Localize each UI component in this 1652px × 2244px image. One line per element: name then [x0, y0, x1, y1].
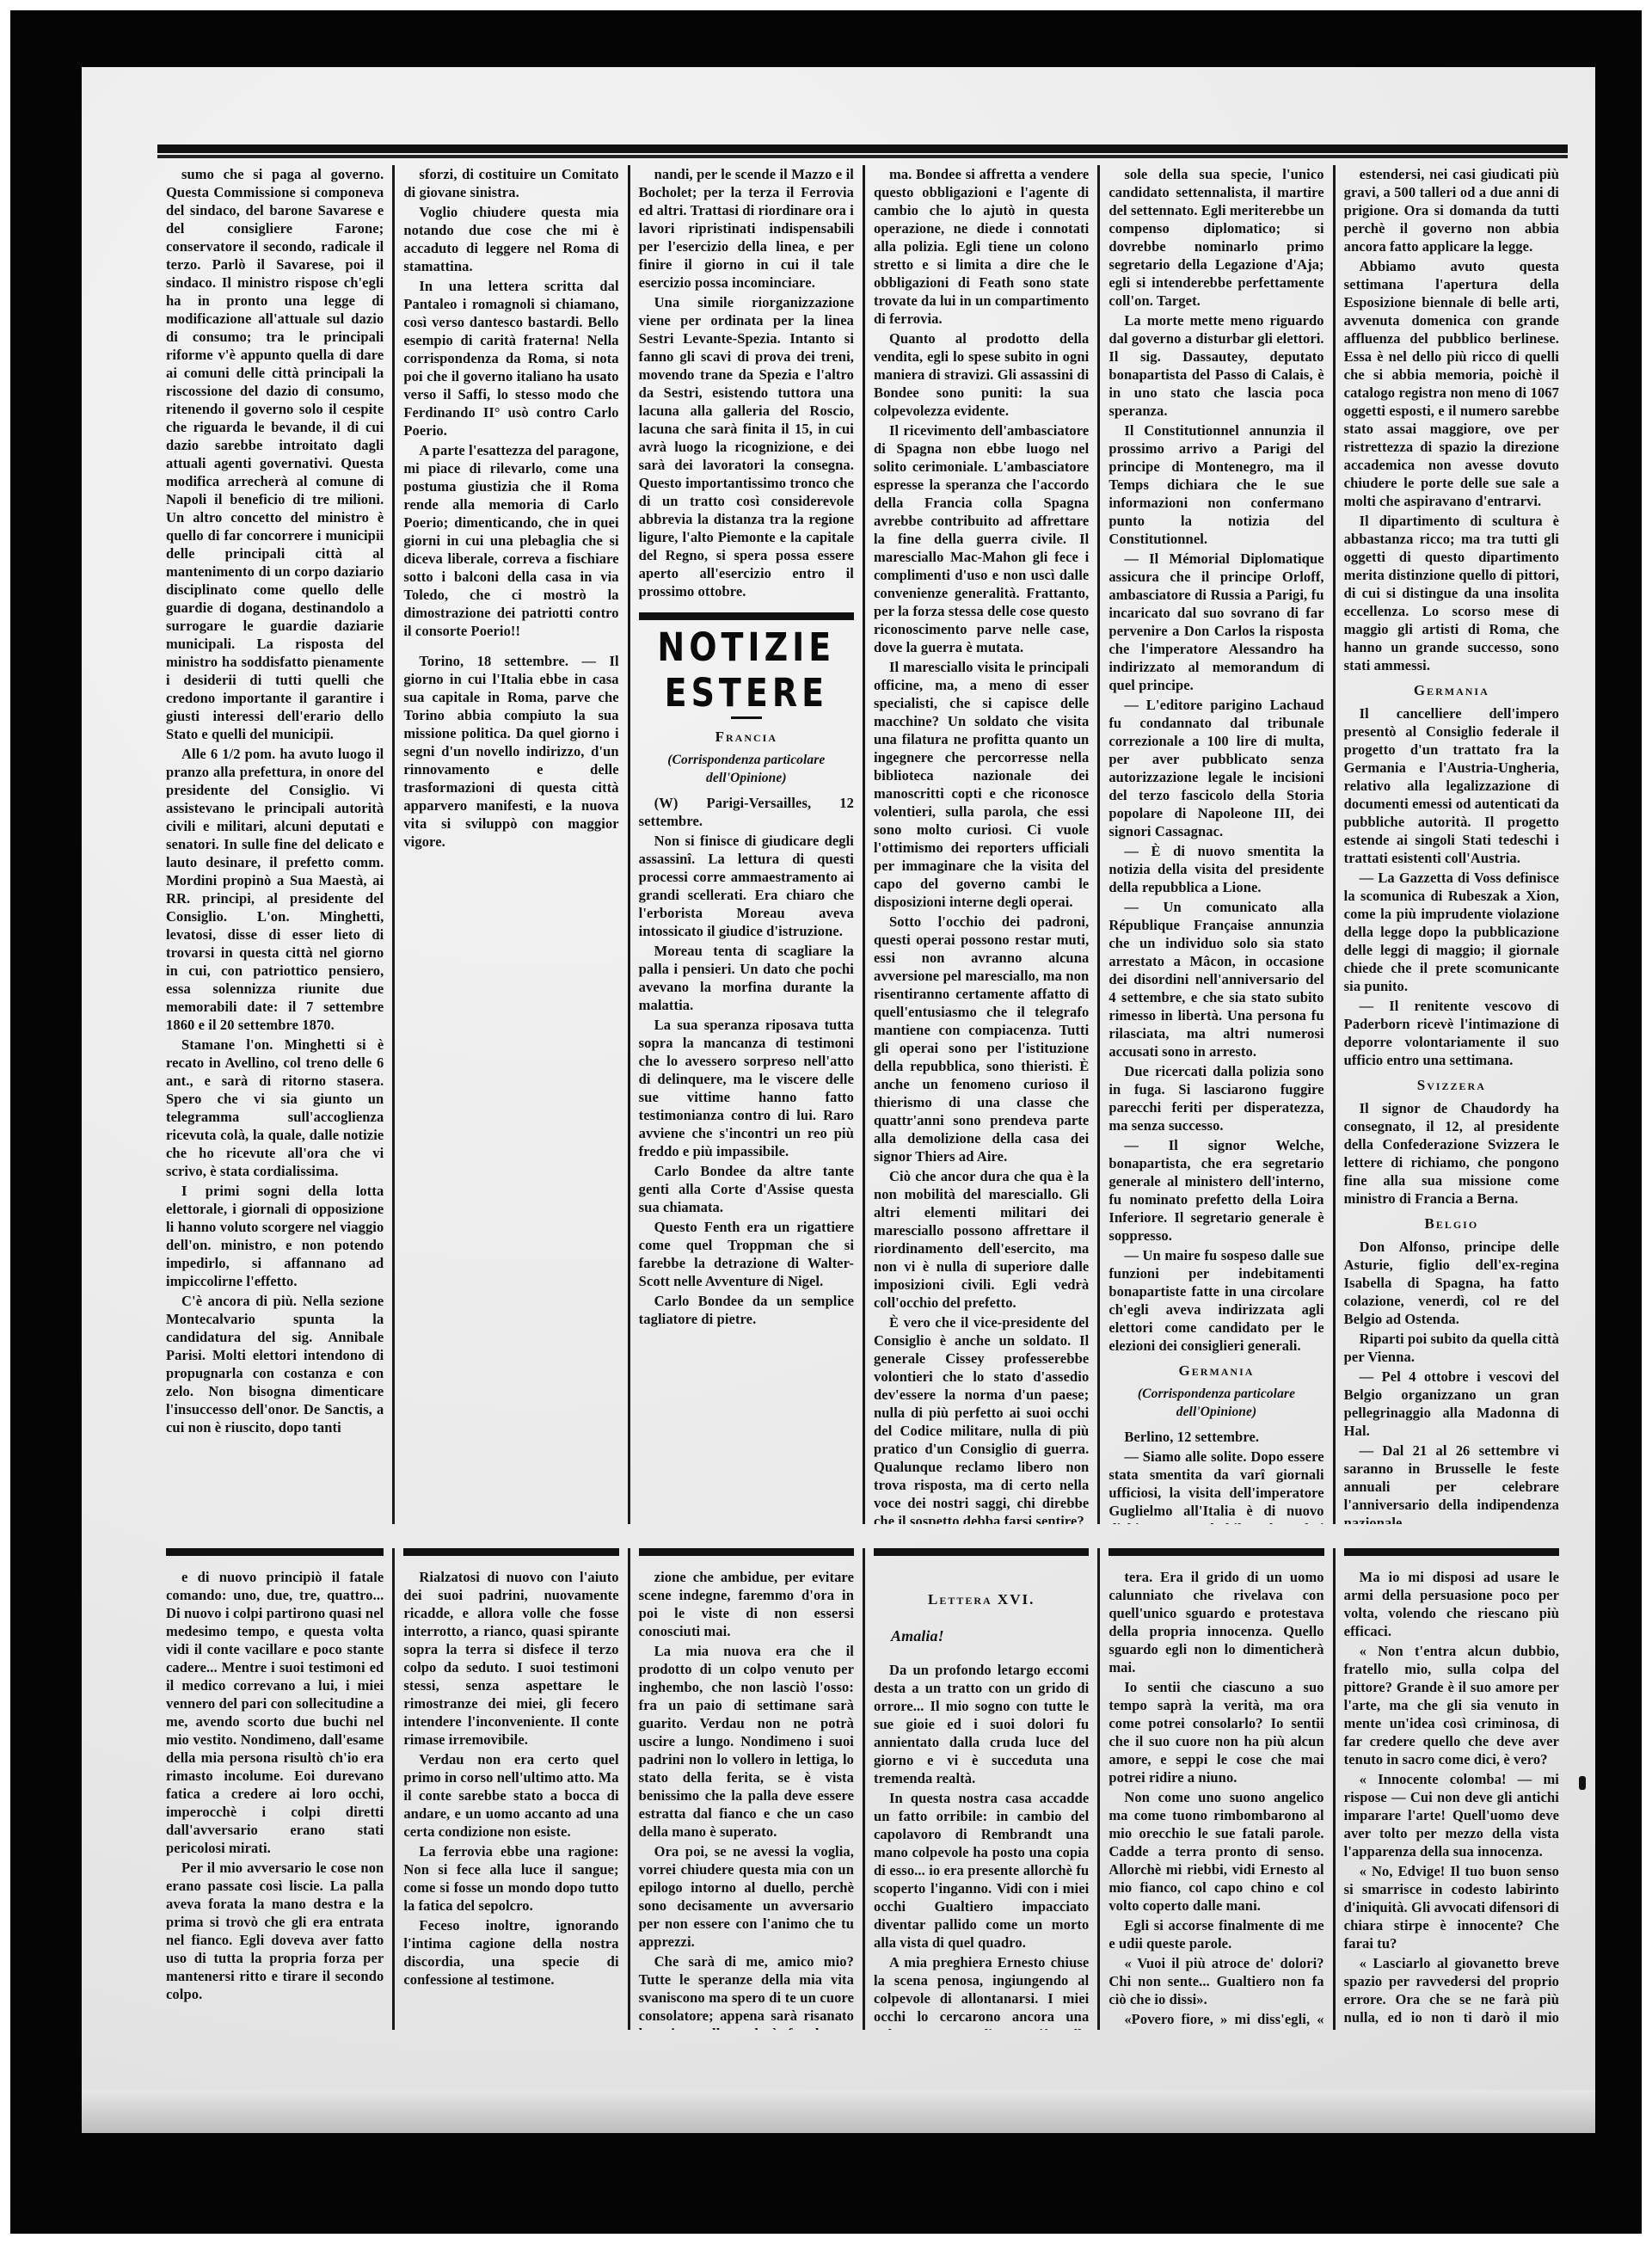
heading-germania: Germania: [1344, 681, 1559, 699]
feuilleton-column-4: Lettera XVI. Amalia! Da un profondo leta…: [863, 1548, 1097, 2030]
scan-edge-mark: [1579, 1776, 1586, 1790]
paragraph: — Un maire fu sospeso dalle sue funzioni…: [1108, 1246, 1323, 1355]
paragraph: Una simile riorganizzazione viene per or…: [639, 293, 854, 600]
feuilleton-section: e di nuovo principiò il fatale comando: …: [157, 1548, 1568, 2030]
column-5-text: sole della sua specie, l'unico candidato…: [1108, 165, 1323, 1355]
feuilleton-text-5: tera. Era il grido di un uomo calunniato…: [1108, 1568, 1323, 2030]
paragraph: «Povero fiore, » mi diss'egli, « grande …: [1108, 2010, 1323, 2030]
paragraph: Abbiamo avuto questa settimana l'apertur…: [1344, 257, 1559, 510]
paragraph: sole della sua specie, l'unico candidato…: [1108, 165, 1323, 310]
paragraph: Verdau non era certo quel primo in corso…: [403, 1750, 618, 1841]
letter-heading: Lettera XVI.: [874, 1590, 1089, 1608]
paragraph: Il ricevimento dell'ambasciatore di Spag…: [874, 421, 1089, 656]
paragraph: Don Alfonso, principe delle Asturie, fig…: [1344, 1238, 1559, 1328]
paragraph: — Dal 21 al 26 settembre vi saranno in B…: [1344, 1442, 1559, 1524]
paragraph: È vero che il vice-presidente del Consig…: [874, 1313, 1089, 1524]
paragraph: C'è ancora di più. Nella sezione Monteca…: [166, 1292, 384, 1436]
news-section: sumo che si paga al governo. Questa Comm…: [157, 165, 1568, 1524]
feuilleton-text-3: zione che ambidue, per evitare scene ind…: [639, 1568, 854, 2030]
column-2: sforzi, di costituire un Comitato di gio…: [392, 165, 627, 1524]
column-4-text-continued: Il ricevimento dell'ambasciatore di Spag…: [874, 421, 1089, 1524]
column-3-text: nandi, per le scende il Mazzo e il Bocho…: [639, 165, 854, 600]
paragraph: — Il signor Welche, bonapartista, che er…: [1108, 1136, 1323, 1245]
paragraph: « No, Edvige! Il tuo buon senso si smarr…: [1344, 1862, 1559, 1952]
heading-germania-correspondence: Germania: [1108, 1362, 1323, 1380]
paragraph: zione che ambidue, per evitare scene ind…: [639, 1568, 854, 1640]
column-5: sole della sua specie, l'unico candidato…: [1097, 165, 1332, 1524]
paragraph: Ma io mi disposi ad usare le armi della …: [1344, 1568, 1559, 1640]
paragraph: Ora poi, se ne avessi la voglia, vorrei …: [639, 1842, 854, 1951]
paragraph: A parte l'esattezza del paragone, mi pia…: [403, 441, 618, 640]
paragraph: Riparti poi subito da quella città per V…: [1344, 1330, 1559, 1366]
column-1: sumo che si paga al governo. Questa Comm…: [157, 165, 392, 1524]
paragraph: — Un comunicato alla République Français…: [1108, 898, 1323, 1061]
title-dash: [731, 716, 762, 719]
paragraph: La morte mette meno riguardo dal governo…: [1108, 311, 1323, 420]
feuilleton-column-6: Ma io mi disposi ad usare le armi della …: [1333, 1548, 1568, 2030]
heading-francia: Francia: [639, 728, 854, 746]
heading-belgio: Belgio: [1344, 1214, 1559, 1233]
paragraph: Carlo Bondee da un semplice tagliatore d…: [639, 1292, 854, 1328]
column-2-text: sforzi, di costituire un Comitato di gio…: [403, 165, 618, 640]
belgio-news: Don Alfonso, principe delle Asturie, fig…: [1344, 1238, 1559, 1524]
paragraph: Per il mio avversario le cose non erano …: [166, 1859, 384, 2003]
paragraph: Sotto l'occhio dei padroni, questi opera…: [874, 913, 1089, 1165]
paragraph: sumo che si paga al governo. Questa Comm…: [166, 165, 384, 743]
heading-svizzera: Svizzera: [1344, 1076, 1559, 1094]
paragraph: La mia nuova era che il prodotto di un c…: [639, 1642, 854, 1841]
letter-salutation: Amalia!: [891, 1627, 1089, 1645]
paragraph: Due ricercati dalla polizia sono in fuga…: [1108, 1062, 1323, 1134]
paragraph: — È di nuovo smentita la notizia della v…: [1108, 842, 1323, 896]
paragraph: La sua speranza riposava tutta sopra la …: [639, 1016, 854, 1160]
paragraph: tera. Era il grido di un uomo calunniato…: [1108, 1568, 1323, 1676]
feuilleton-column-3: zione che ambidue, per evitare scene ind…: [628, 1548, 863, 2030]
feuilleton-text-2: Rialzatosi di nuovo con l'aiuto dei suoi…: [403, 1568, 618, 1989]
feuilleton-rule: [1108, 1548, 1323, 1556]
paragraph: e di nuovo principiò il fatale comando: …: [166, 1568, 384, 1857]
paragraph: A mia preghiera Ernesto chiuse la scena …: [874, 1953, 1089, 2030]
feuilleton-text-1: e di nuovo principiò il fatale comando: …: [166, 1568, 384, 2003]
column-6: estendersi, nei casi giudicati più gravi…: [1333, 165, 1568, 1524]
berlino-dateline-paragraph: Berlino, 12 settembre.: [1108, 1428, 1323, 1446]
paragraph: Feceso inoltre, ignorando l'intima cagio…: [403, 1916, 618, 1989]
svizzera-news: Il signor de Chaudordy ha consegnato, il…: [1344, 1099, 1559, 1208]
francia-dateline-paragraph: (W) Parigi-Versailles, 12 settembre.: [639, 794, 854, 830]
paragraph: Rialzatosi di nuovo con l'aiuto dei suoi…: [403, 1568, 618, 1749]
germania-news: Il cancelliere dell'impero presentò al C…: [1344, 704, 1559, 1069]
paragraph: — Il renitente vescovo di Paderborn rice…: [1344, 997, 1559, 1069]
paragraph: — L'editore parigino Lachaud fu condanna…: [1108, 696, 1323, 840]
germania-correspondence-text: — Siamo alle solite. Dopo essere stata s…: [1108, 1448, 1323, 1524]
torino-text: — Il giorno in cui l'Italia ebbe in casa…: [403, 653, 618, 850]
header-rule: [157, 144, 1568, 155]
paragraph: Egli si accorse finalmente di me e udii …: [1108, 1916, 1323, 1952]
paragraph: Alle 6 1/2 pom. ha avuto luogo il pranzo…: [166, 745, 384, 1034]
feuilleton-text-4: Da un profondo letargo eccomi desta a un…: [874, 1661, 1089, 2030]
paragraph: Il cancelliere dell'impero presentò al C…: [1344, 704, 1559, 867]
paragraph: Moreau tenta di scagliare la palla i pen…: [639, 942, 854, 1014]
feuilleton-text-6: Ma io mi disposi ad usare le armi della …: [1344, 1568, 1559, 2030]
feuilleton-rule: [1344, 1548, 1559, 1556]
feuilleton-rule: [166, 1548, 384, 1556]
paragraph: Il signor de Chaudordy ha consegnato, il…: [1344, 1099, 1559, 1208]
feuilleton-rule: [403, 1548, 618, 1556]
paragraph: Carlo Bondee da altre tante genti alla C…: [639, 1162, 854, 1216]
paragraph: I primi sogni della lotta elettorale, i …: [166, 1182, 384, 1290]
paragraph: Io sentii che ciascuno a suo tempo saprà…: [1108, 1678, 1323, 1786]
feuilleton-rule: [874, 1548, 1089, 1556]
paragraph: In una lettera scritta dal Pantaleo i ro…: [403, 277, 618, 440]
section-rule: [639, 612, 854, 620]
feuilleton-column-2: Rialzatosi di nuovo con l'aiuto dei suoi…: [392, 1548, 627, 2030]
francia-text: Non si finisce di giudicare degli assass…: [639, 832, 854, 1328]
paragraph: — Siamo alle solite. Dopo essere stata s…: [1108, 1448, 1323, 1524]
paragraph: Il dipartimento di scultura è abbastanza…: [1344, 512, 1559, 674]
paragraph: Stamane l'on. Minghetti si è recato in A…: [166, 1036, 384, 1180]
section-title-notizie-estere: NOTIZIE ESTERE: [639, 624, 854, 716]
paragraph: — Pel 4 ottobre i vescovi del Belgio org…: [1344, 1368, 1559, 1440]
paragraph: Quanto al prodotto della vendita, egli l…: [874, 329, 1089, 420]
column-6-text: estendersi, nei casi giudicati più gravi…: [1344, 165, 1559, 674]
column-3: nandi, per le scende il Mazzo e il Bocho…: [628, 165, 863, 1524]
feuilleton-column-1: e di nuovo principiò il fatale comando: …: [157, 1548, 392, 2030]
paragraph: Il Constitutionnel annunzia il prossimo …: [1108, 421, 1323, 548]
paragraph: « Lasciarlo al giovanetto breve spazio p…: [1344, 1954, 1559, 2030]
paragraph: Questo Fenth era un rigattiere come quel…: [639, 1218, 854, 1290]
paragraph: « Non t'entra alcun dubbio, fratello mio…: [1344, 1642, 1559, 1768]
paragraph: — Il Mémorial Diplomatique assicura che …: [1108, 550, 1323, 694]
berlino-dateline: Berlino, 12 settembre.: [1124, 1429, 1259, 1445]
paragraph: Non come uno suono angelico ma come tuon…: [1108, 1788, 1323, 1915]
paragraph: La ferrovia ebbe una ragione: Non si fec…: [403, 1842, 618, 1915]
paragraph: ma. Bondee si affretta a vendere questo …: [874, 165, 1089, 328]
paragraph: — La Gazzetta di Voss definisce la scomu…: [1344, 869, 1559, 995]
paragraph: Da un profondo letargo eccomi desta a un…: [874, 1661, 1089, 1787]
paragraph: Voglio chiudere questa mia notando due c…: [403, 203, 618, 275]
francia-dateline: (W) Parigi-Versailles, 12 settembre.: [639, 795, 854, 829]
paragraph: Il maresciallo visita le principali offi…: [874, 658, 1089, 911]
correspondence-note: (Corrispondenza particolare dell'Opinion…: [1108, 1385, 1323, 1421]
column-4: ma. Bondee si affretta a vendere questo …: [863, 165, 1097, 1524]
paragraph: « Innocente colomba! — mi rispose — Cui …: [1344, 1770, 1559, 1860]
paragraph: Non si finisce di giudicare degli assass…: [639, 832, 854, 940]
paragraph: In questa nostra casa accadde un fatto o…: [874, 1789, 1089, 1952]
torino-correspondence: Torino, 18 settembre. — Il giorno in cui…: [403, 652, 618, 851]
feuilleton-rule: [639, 1548, 854, 1556]
paragraph: nandi, per le scende il Mazzo e il Bocho…: [639, 165, 854, 292]
page-bottom-shadow: [82, 2090, 1595, 2133]
correspondence-note: (Corrispondenza particolare dell'Opinion…: [639, 751, 854, 787]
column-4-text: ma. Bondee si affretta a vendere questo …: [874, 165, 1089, 420]
paragraph: estendersi, nei casi giudicati più gravi…: [1344, 165, 1559, 255]
paragraph: Che sarà di me, amico mio? Tutte le sper…: [639, 1952, 854, 2030]
torino-dateline: Torino, 18 settembre.: [419, 653, 568, 669]
paragraph: sforzi, di costituire un Comitato di gio…: [403, 165, 618, 201]
paragraph: Ciò che ancor dura che qua è la non mobi…: [874, 1167, 1089, 1312]
feuilleton-column-5: tera. Era il grido di un uomo calunniato…: [1097, 1548, 1332, 2030]
paragraph: « Vuoi il più atroce de' dolori? Chi non…: [1108, 1954, 1323, 2008]
